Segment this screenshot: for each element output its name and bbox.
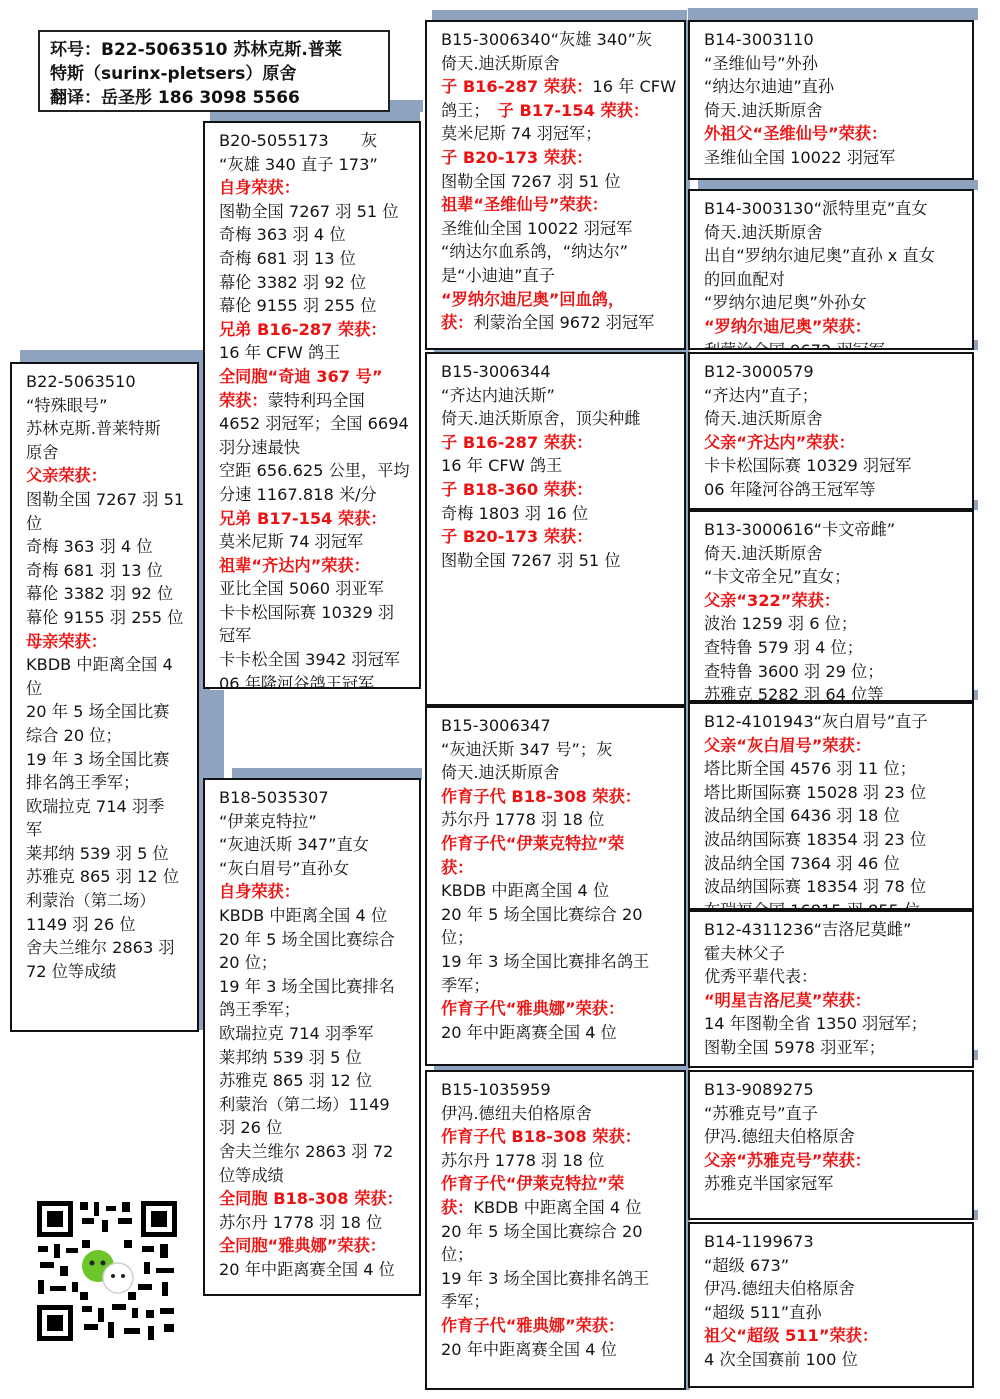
record-text: 莫米尼斯 74 羽冠军 — [219, 532, 363, 551]
pedigree-line: 鸽王季军； — [219, 998, 409, 1022]
pedigree-line: 倚天.迪沃斯原舍 — [441, 52, 674, 76]
pedigree-line: 分速 1167.818 米/分 — [219, 483, 409, 507]
pedigree-line: “特殊眼号” — [26, 394, 187, 418]
record-text: 伊冯.德纽夫伯格原舍 — [704, 1127, 855, 1146]
record-text: 舍夫兰维尔 2863 羽 — [26, 938, 175, 957]
record-text: “特殊眼号” — [26, 396, 108, 415]
pedigree-line: B14-3003130“派特里克”直女 — [704, 197, 962, 221]
pedigree-line: 14 年图勒全省 1350 羽冠军； — [704, 1012, 962, 1036]
pedigree-line: 位； — [441, 1243, 674, 1267]
record-text: 苏尔丹 1778 羽 18 位 — [219, 1213, 382, 1232]
pedigree-line: 鸽王； 子 B17-154 荣获： — [441, 99, 674, 123]
record-text: 波品纳国际赛 18354 羽 78 位 — [704, 877, 926, 896]
pedigree-line: B12-4101943“灰白眉号”直子 — [704, 710, 962, 734]
pedigree-line: 位等成绩 — [219, 1164, 409, 1188]
record-text: 原舍 — [26, 443, 58, 462]
pedigree-line: 空距 656.625 公里，平均 — [219, 459, 409, 483]
record-text: 圣维仙全国 10022 羽冠军 — [704, 148, 895, 167]
record-text: 波品纳全国 7364 羽 46 位 — [704, 854, 900, 873]
record-text: 奇梅 363 羽 4 位 — [219, 225, 346, 244]
pedigree-box-subject: B22-5063510“特殊眼号”苏林克斯.普莱特斯原舍父亲荣获：图勒全国 72… — [10, 362, 199, 1032]
award-heading: 外祖父“圣维仙号”荣获： — [704, 124, 887, 143]
record-text: 16 年 CFW 鸽王 — [219, 343, 340, 362]
record-text: 倚天.迪沃斯原舍 — [704, 409, 822, 428]
record-text: 倚天.迪沃斯原舍 — [704, 223, 822, 242]
pedigree-line: 父亲“灰白眉号”荣获： — [704, 734, 962, 758]
pedigree-line: 利蒙治（第二场） — [26, 889, 187, 913]
pedigree-box-ggs-4: B13-9089275“苏雅克号”直子伊冯.德纽夫伯格原舍父亲“苏雅克号”荣获：… — [688, 1070, 974, 1220]
record-text: B12-4311236“吉洛尼莫雌” — [704, 920, 911, 939]
pedigree-line: 荣获：蒙特利玛全国 — [219, 389, 409, 413]
pedigree-line: 苏林克斯.普莱特斯 — [26, 417, 187, 441]
pedigree-line: 获：利蒙治全国 9672 羽冠军 — [441, 311, 674, 335]
pedigree-line: “超级 511”直孙 — [704, 1301, 962, 1325]
record-text: 羽分速最快 — [219, 438, 300, 457]
pedigree-line: 获：KBDB 中距离全国 4 位 — [441, 1196, 674, 1220]
pedigree-line: 亚比全国 5060 羽亚军 — [219, 577, 409, 601]
record-text: 20 年中距离赛全国 4 位 — [441, 1340, 617, 1359]
pedigree-line: “齐达内迪沃斯” — [441, 384, 674, 408]
record-text: “伊莱克特拉” — [219, 812, 317, 831]
record-text: 奇梅 681 羽 13 位 — [219, 249, 356, 268]
record-text: 利蒙治（第二场） — [26, 891, 156, 910]
record-text: 是“小迪迪”直子 — [441, 266, 555, 285]
pedigree-line: 20 年中距离赛全国 4 位 — [219, 1258, 409, 1282]
pedigree-line: B15-3006340“灰雄 340”灰 — [441, 28, 674, 52]
pedigree-line: 全同胞 B18-308 荣获： — [219, 1187, 409, 1211]
record-text: 位等成绩 — [219, 1166, 284, 1185]
award-heading: 作育子代“雅典娜”荣获： — [441, 1316, 624, 1335]
record-text: “苏雅克号”直子 — [704, 1104, 818, 1123]
pedigree-line: 子 B20-173 荣获： — [441, 525, 674, 549]
record-text: “纳达尔血系鸽，“纳达尔” — [441, 242, 628, 261]
pedigree-line: 优秀平辈代表： — [704, 965, 962, 989]
pedigree-line: 羽分速最快 — [219, 436, 409, 460]
record-text: 奇梅 1803 羽 16 位 — [441, 504, 588, 523]
record-text: B12-3000579 — [704, 362, 814, 381]
record-text: B20-5055173 灰 — [219, 131, 377, 150]
record-text: 14 年图勒全省 1350 羽冠军； — [704, 1014, 927, 1033]
pedigree-line: “灰迪沃斯 347”直女 — [219, 833, 409, 857]
pedigree-line: 倚天.迪沃斯原舍 — [704, 221, 962, 245]
pedigree-line: 奇梅 363 羽 4 位 — [26, 535, 187, 559]
record-text: “超级 511”直孙 — [704, 1303, 822, 1322]
pedigree-line: 幕伦 9155 羽 255 位 — [219, 294, 409, 318]
record-text: 倚天.迪沃斯原舍 — [441, 54, 559, 73]
pedigree-line: 20 位； — [219, 951, 409, 975]
record-text: 亚比全国 5060 羽亚军 — [219, 579, 384, 598]
pedigree-line: B15-3006347 — [441, 714, 674, 738]
record-text: 查特鲁 3600 羽 29 位； — [704, 662, 884, 681]
pedigree-line: 季军； — [441, 974, 674, 998]
record-text: 卡卡松国际赛 10329 羽 — [219, 603, 394, 622]
award-heading: 子 B18-360 荣获： — [441, 480, 592, 499]
record-text: 图勒全国 7267 羽 51 — [26, 490, 184, 509]
pedigree-line: 圣维仙全国 10022 羽冠军 — [704, 146, 962, 170]
record-text: 06 年隆河谷鸽王冠军 — [219, 674, 374, 689]
record-text: B13-9089275 — [704, 1080, 814, 1099]
translator-line: 翻译：岳圣彤 186 3098 5566 — [50, 86, 378, 110]
record-text: 苏尔丹 1778 羽 18 位 — [441, 1151, 604, 1170]
pedigree-box-ggd-1: B14-3003130“派特里克”直女倚天.迪沃斯原舍出自“罗纳尔迪尼奥”直孙 … — [688, 189, 974, 350]
pedigree-line: 20 年 5 场全国比赛综合 20 — [441, 1220, 674, 1244]
pedigree-line: 苏雅克 5282 羽 64 位等 — [704, 683, 962, 702]
pedigree-line: 羽 26 位 — [219, 1116, 409, 1140]
record-text: “罗纳尔迪尼奥”外孙女 — [704, 293, 866, 312]
record-text: 图勒全国 7267 羽 51 位 — [219, 202, 399, 221]
pedigree-line: 原舍 — [26, 441, 187, 465]
pedigree-line: 祖辈“圣维仙号”荣获： — [441, 193, 674, 217]
award-heading: 作育子代 B18-308 荣获： — [441, 1127, 641, 1146]
pedigree-line: 苏雅克半国家冠军 — [704, 1172, 962, 1196]
award-heading: 全同胞“雅典娜”荣获： — [219, 1236, 386, 1255]
record-text: B14-1199673 — [704, 1232, 814, 1251]
pedigree-line: 图勒全国 7267 羽 51 位 — [441, 170, 674, 194]
pedigree-line: 20 年 5 场全国比赛综合 — [219, 928, 409, 952]
record-text: 20 位； — [219, 953, 277, 972]
pedigree-line: 子 B20-173 荣获： — [441, 146, 674, 170]
record-text: 蒙特利玛全国 — [268, 391, 365, 410]
pedigree-line: 波品纳全国 7364 羽 46 位 — [704, 852, 962, 876]
pedigree-line: “罗纳尔迪尼奥”荣获： — [704, 315, 962, 339]
pedigree-line: 全同胞“奇迪 367 号” — [219, 365, 409, 389]
pedigree-line: 查特鲁 3600 羽 29 位； — [704, 660, 962, 684]
award-heading: 祖辈“圣维仙号”荣获： — [441, 195, 608, 214]
pedigree-line: 圣维仙全国 10022 羽冠军 — [441, 217, 674, 241]
pedigree-line: B20-5055173 灰 — [219, 129, 409, 153]
record-text: 利蒙治全国 9672 羽冠军 — [704, 341, 885, 350]
record-text: 苏雅克 5282 羽 64 位等 — [704, 685, 884, 702]
pedigree-line: 子 B18-360 荣获： — [441, 478, 674, 502]
award-heading: 母亲荣获： — [26, 632, 107, 651]
wechat-qr-code-icon — [32, 1196, 182, 1346]
shadow-bar — [688, 8, 978, 20]
pedigree-line: 综合 20 位； — [26, 724, 187, 748]
pedigree-line: 20 年中距离赛全国 4 位 — [441, 1021, 674, 1045]
record-text: 空距 656.625 公里，平均 — [219, 461, 410, 480]
pedigree-line: 莱邦纳 539 羽 5 位 — [26, 842, 187, 866]
pedigree-box-ggd-2: B13-3000616“卡文帝雌”倚天.迪沃斯原舍“卡文帝全兄”直女；父亲“32… — [688, 510, 974, 702]
pedigree-line: KBDB 中距离全国 4 — [26, 653, 187, 677]
pedigree-line: 苏雅克 865 羽 12 位 — [26, 865, 187, 889]
pedigree-box-sire: B20-5055173 灰“灰雄 340 直子 173”自身荣获：图勒全国 72… — [203, 121, 421, 689]
record-text: 72 位等成绩 — [26, 962, 117, 981]
record-text: B15-1035959 — [441, 1080, 551, 1099]
pedigree-line: 查特鲁 579 羽 4 位； — [704, 636, 962, 660]
breeder-line: 特斯（surinx-pletsers）原舍 — [50, 62, 378, 86]
pedigree-line: B14-3003110 — [704, 28, 962, 52]
pedigree-box-ggs-1: B14-3003110“圣维仙号”外孙“纳达尔迪迪”直孙倚天.迪沃斯原舍外祖父“… — [688, 20, 974, 180]
pedigree-line: 莱邦纳 539 羽 5 位 — [219, 1046, 409, 1070]
award-heading: 父亲“灰白眉号”荣获： — [704, 736, 871, 755]
pedigree-line: 19 年 3 场全国比赛排名 — [219, 975, 409, 999]
pedigree-line: 奇梅 363 羽 4 位 — [219, 223, 409, 247]
record-text: 分速 1167.818 米/分 — [219, 485, 377, 504]
pedigree-line: 06 年隆河谷鸽王冠军等 — [704, 478, 962, 502]
pedigree-line: 作育子代“雅典娜”荣获： — [441, 1314, 674, 1338]
award-heading: 全同胞“奇迪 367 号” — [219, 367, 382, 386]
pedigree-line: 霍夫林父子 — [704, 942, 962, 966]
record-text: B15-3006347 — [441, 716, 551, 735]
record-text: “纳达尔迪迪”直孙 — [704, 77, 834, 96]
record-text: 欧瑞拉克 714 羽季 — [26, 797, 164, 816]
pedigree-box-ggd-4: B14-1199673“超级 673”伊冯.德纽夫伯格原舍“超级 511”直孙祖… — [688, 1222, 974, 1388]
pedigree-line: 兄弟 B16-287 荣获： — [219, 318, 409, 342]
pedigree-line: 自身荣获： — [219, 880, 409, 904]
record-text: 卡卡松全国 3942 羽冠军 — [219, 650, 400, 669]
award-heading: 获： — [441, 858, 473, 877]
pedigree-line: 4652 羽冠军；全国 6694 — [219, 412, 409, 436]
award-heading: 子 B16-287 荣获： — [441, 77, 592, 96]
record-text: 冠军 — [219, 626, 251, 645]
pedigree-line: “圣维仙号”外孙 — [704, 52, 962, 76]
award-heading: 作育子代 B18-308 荣获： — [441, 787, 641, 806]
pedigree-line: 卡卡松国际赛 10329 羽冠军 — [704, 454, 962, 478]
record-text: B13-3000616“卡文帝雌” — [704, 520, 895, 539]
record-text: 20 年 5 场全国比赛综合 20 — [441, 1222, 643, 1241]
pedigree-line: 图勒全国 7267 羽 51 位 — [441, 549, 674, 573]
record-text: 伊冯.德纽夫伯格原舍 — [704, 1279, 855, 1298]
record-text: 图勒全国 5978 羽亚军； — [704, 1038, 885, 1057]
pedigree-box-grandsire-maternal: B15-3006347“灰迪沃斯 347 号”；灰倚天.迪沃斯原舍作育子代 B1… — [425, 706, 686, 1066]
record-text: 位； — [441, 1245, 473, 1264]
record-text: 1149 羽 26 位 — [26, 915, 136, 934]
pedigree-line: 利蒙治全国 9672 羽冠军 — [704, 339, 962, 350]
pedigree-line: “纳达尔迪迪”直孙 — [704, 75, 962, 99]
record-text: 20 年中距离赛全国 4 位 — [441, 1023, 617, 1042]
record-text: 苏林克斯.普莱特斯 — [26, 419, 161, 438]
pedigree-line: 自身荣获： — [219, 176, 409, 200]
pedigree-line: 作育子代“伊莱克特拉”荣 — [441, 832, 674, 856]
pedigree-box-ggs-2: B12-3000579“齐达内”直子；倚天.迪沃斯原舍父亲“齐达内”荣获：卡卡松… — [688, 352, 974, 510]
pedigree-line: B18-5035307 — [219, 786, 409, 810]
record-text: 鸽王季军； — [219, 1000, 300, 1019]
record-text: 倚天.迪沃斯原舍 — [441, 763, 559, 782]
record-text: 利蒙治全国 9672 羽冠军 — [473, 313, 654, 332]
pedigree-line: 19 年 3 场全国比赛排名鸽王 — [441, 1267, 674, 1291]
pedigree-line: “明星吉洛尼莫”荣获： — [704, 989, 962, 1013]
pedigree-line: 兄弟 B17-154 荣获： — [219, 507, 409, 531]
pedigree-box-grandsire-paternal: B15-3006340“灰雄 340”灰倚天.迪沃斯原舍子 B16-287 荣获… — [425, 20, 686, 350]
pedigree-line: 倚天.迪沃斯原舍 — [441, 761, 674, 785]
pedigree-line: 伊冯.德纽夫伯格原舍 — [704, 1125, 962, 1149]
record-text: 欧瑞拉克 714 羽季军 — [219, 1024, 374, 1043]
record-text: 季军； — [441, 1292, 490, 1311]
record-text: 综合 20 位； — [26, 726, 122, 745]
pedigree-box-granddam-paternal: B15-3006344“齐达内迪沃斯”倚天.迪沃斯原舍，顶尖种雌子 B16-28… — [425, 352, 686, 706]
award-heading: 兄弟 B16-287 荣获： — [219, 320, 387, 339]
pedigree-box-dam: B18-5035307“伊莱克特拉”“灰迪沃斯 347”直女“灰白眉号”直孙女自… — [203, 778, 421, 1296]
award-heading: “罗纳尔迪尼奥”荣获： — [704, 317, 871, 336]
record-text: 季军； — [441, 976, 490, 995]
record-text: 4 次全国赛前 100 位 — [704, 1350, 858, 1369]
award-heading: 全同胞 B18-308 荣获： — [219, 1189, 403, 1208]
pedigree-line: 莫米尼斯 74 羽冠军 — [219, 530, 409, 554]
pedigree-line: 幕伦 9155 羽 255 位 — [26, 606, 187, 630]
pedigree-line: 幕伦 3382 羽 92 位 — [219, 271, 409, 295]
record-text: 莱邦纳 539 羽 5 位 — [26, 844, 169, 863]
record-text: 塔比斯全国 4576 羽 11 位； — [704, 759, 916, 778]
pedigree-line: 16 年 CFW 鸽王 — [219, 341, 409, 365]
pedigree-line: 06 年隆河谷鸽王冠军 — [219, 672, 409, 689]
pedigree-line: 舍夫兰维尔 2863 羽 — [26, 936, 187, 960]
pedigree-line: 幕伦 3382 羽 92 位 — [26, 582, 187, 606]
award-heading: “罗纳尔迪尼奥”回血鸽， — [441, 290, 624, 309]
pedigree-box-granddam-maternal: B15-1035959伊冯.德纽夫伯格原舍作育子代 B18-308 荣获：苏尔丹… — [425, 1070, 686, 1390]
pedigree-line: 的回血配对 — [704, 268, 962, 292]
pedigree-line: 出自“罗纳尔迪尼奥”直孙 x 直女 — [704, 244, 962, 268]
ring-number-line: 环号：B22-5063510 苏林克斯.普莱 — [50, 38, 378, 62]
record-text: 奇梅 681 羽 13 位 — [26, 561, 163, 580]
record-text: B15-3006344 — [441, 362, 551, 381]
record-text: 幕伦 3382 羽 92 位 — [219, 273, 366, 292]
record-text: 位 — [26, 679, 42, 698]
pedigree-line: 奇梅 1803 羽 16 位 — [441, 502, 674, 526]
record-text: 布瑞福全国 16815 羽 855 位 — [704, 901, 920, 910]
award-heading: 父亲荣获： — [26, 466, 107, 485]
pedigree-line: 作育子代“雅典娜”荣获： — [441, 997, 674, 1021]
record-text: “超级 673” — [704, 1256, 789, 1275]
pedigree-line: KBDB 中距离全国 4 位 — [441, 879, 674, 903]
award-heading: 子 B20-173 荣获： — [441, 527, 592, 546]
record-text: 排名鸽王季军； — [26, 773, 139, 792]
pedigree-line: 倚天.迪沃斯原舍 — [704, 542, 962, 566]
pedigree-line: 图勒全国 5978 羽亚军； — [704, 1036, 962, 1060]
record-text: 苏雅克半国家冠军 — [704, 1174, 834, 1193]
record-text: 幕伦 9155 羽 255 位 — [26, 608, 183, 627]
pedigree-line: 16 年 CFW 鸽王 — [441, 454, 674, 478]
pedigree-line: B12-3000579 — [704, 360, 962, 384]
pedigree-line: B15-3006344 — [441, 360, 674, 384]
pedigree-line: 19 年 3 场全国比赛排名鸽王 — [441, 950, 674, 974]
record-text: 幕伦 9155 羽 255 位 — [219, 296, 376, 315]
pedigree-line: 父亲荣获： — [26, 464, 187, 488]
header-info-box: 环号：B22-5063510 苏林克斯.普莱 特斯（surinx-pletser… — [38, 30, 390, 112]
pedigree-line: 倚天.迪沃斯原舍，顶尖种雌 — [441, 407, 674, 431]
record-text: B22-5063510 — [26, 372, 136, 391]
pedigree-line: 布瑞福全国 16815 羽 855 位 — [704, 899, 962, 910]
record-text: 苏雅克 865 羽 12 位 — [26, 867, 179, 886]
pedigree-line: 父亲“322”荣获： — [704, 589, 962, 613]
pedigree-line: “罗纳尔迪尼奥”回血鸽， — [441, 288, 674, 312]
record-text: 位 — [26, 514, 42, 533]
pedigree-line: 排名鸽王季军； — [26, 771, 187, 795]
record-text: “灰雄 340 直子 173” — [219, 155, 378, 174]
award-heading: 子 B17-154 荣获： — [498, 101, 649, 120]
record-text: “灰迪沃斯 347”直女 — [219, 835, 369, 854]
pedigree-line: 苏雅克 865 羽 12 位 — [219, 1069, 409, 1093]
pedigree-line: 作育子代 B18-308 荣获： — [441, 1125, 674, 1149]
pedigree-line: 欧瑞拉克 714 羽季军 — [219, 1022, 409, 1046]
record-text: 苏雅克 865 羽 12 位 — [219, 1071, 372, 1090]
pedigree-line: B14-1199673 — [704, 1230, 962, 1254]
record-text: 波品纳全国 6436 羽 18 位 — [704, 806, 900, 825]
pedigree-line: 19 年 3 场全国比赛 — [26, 748, 187, 772]
pedigree-line: 塔比斯全国 4576 羽 11 位； — [704, 757, 962, 781]
pedigree-box-ggd-3: B12-4311236“吉洛尼莫雌”霍夫林父子优秀平辈代表：“明星吉洛尼莫”荣获… — [688, 910, 974, 1068]
pedigree-line: “灰雄 340 直子 173” — [219, 153, 409, 177]
record-text: B14-3003110 — [704, 30, 814, 49]
pedigree-line: 父亲“苏雅克号”荣获： — [704, 1149, 962, 1173]
pedigree-line: 卡卡松全国 3942 羽冠军 — [219, 648, 409, 672]
pedigree-line: B13-3000616“卡文帝雌” — [704, 518, 962, 542]
record-text: KBDB 中距离全国 4 — [26, 655, 173, 674]
record-text: 优秀平辈代表： — [704, 967, 817, 986]
record-text: 19 年 3 场全国比赛 — [26, 750, 169, 769]
record-text: 出自“罗纳尔迪尼奥”直孙 x 直女 — [704, 246, 935, 265]
pedigree-line: 波品纳国际赛 18354 羽 78 位 — [704, 875, 962, 899]
record-text: 16 年 CFW — [592, 77, 676, 96]
pedigree-line: 祖辈“齐达内”荣获： — [219, 554, 409, 578]
record-text: 19 年 3 场全国比赛排名鸽王 — [441, 952, 649, 971]
record-text: 军 — [26, 820, 42, 839]
pedigree-line: 倚天.迪沃斯原舍 — [704, 99, 962, 123]
pedigree-line: “纳达尔血系鸽，“纳达尔” — [441, 240, 674, 264]
pedigree-line: 冠军 — [219, 624, 409, 648]
pedigree-line: B13-9089275 — [704, 1078, 962, 1102]
record-text: 霍夫林父子 — [704, 944, 785, 963]
pedigree-line: 作育子代“伊莱克特拉”荣 — [441, 1172, 674, 1196]
pedigree-line: 全同胞“雅典娜”荣获： — [219, 1234, 409, 1258]
pedigree-line: 外祖父“圣维仙号”荣获： — [704, 122, 962, 146]
award-heading: “明星吉洛尼莫”荣获： — [704, 991, 871, 1010]
pedigree-line: 波品纳全国 6436 羽 18 位 — [704, 804, 962, 828]
award-heading: 子 B20-173 荣获： — [441, 148, 592, 167]
award-heading: 父亲“齐达内”荣获： — [704, 433, 855, 452]
pedigree-box-ggs-3: B12-4101943“灰白眉号”直子父亲“灰白眉号”荣获：塔比斯全国 4576… — [688, 702, 974, 910]
pedigree-line: “苏雅克号”直子 — [704, 1102, 962, 1126]
record-text: 位； — [441, 928, 473, 947]
pedigree-line: 苏尔丹 1778 羽 18 位 — [441, 808, 674, 832]
record-text: 莫米尼斯 74 羽冠军； — [441, 124, 601, 143]
pedigree-line: 子 B16-287 荣获：16 年 CFW — [441, 75, 674, 99]
award-heading: 祖辈“齐达内”荣获： — [219, 556, 370, 575]
pedigree-line: 奇梅 681 羽 13 位 — [219, 247, 409, 271]
pedigree-line: B15-1035959 — [441, 1078, 674, 1102]
pedigree-line: 72 位等成绩 — [26, 960, 187, 984]
award-heading: 父亲“322”荣获： — [704, 591, 840, 610]
pedigree-line: “罗纳尔迪尼奥”外孙女 — [704, 291, 962, 315]
record-text: 20 年中距离赛全国 4 位 — [219, 1260, 395, 1279]
record-text: 奇梅 363 羽 4 位 — [26, 537, 153, 556]
record-text: “圣维仙号”外孙 — [704, 54, 818, 73]
record-text: 19 年 3 场全国比赛排名 — [219, 977, 395, 996]
record-text: 19 年 3 场全国比赛排名鸽王 — [441, 1269, 649, 1288]
pedigree-line: 子 B16-287 荣获： — [441, 431, 674, 455]
pedigree-line: 位； — [441, 926, 674, 950]
record-text: 的回血配对 — [704, 270, 785, 289]
record-text: 4652 羽冠军；全国 6694 — [219, 414, 409, 433]
pedigree-line: “灰白眉号”直孙女 — [219, 857, 409, 881]
record-text: 20 年 5 场全国比赛综合 — [219, 930, 395, 949]
award-heading: 作育子代“伊莱克特拉”荣 — [441, 834, 624, 853]
pedigree-line: 莫米尼斯 74 羽冠军； — [441, 122, 674, 146]
record-text: B18-5035307 — [219, 788, 329, 807]
pedigree-line: 塔比斯国际赛 15028 羽 23 位 — [704, 781, 962, 805]
pedigree-line: “齐达内”直子； — [704, 384, 962, 408]
award-heading: 获： — [441, 1198, 473, 1217]
pedigree-line: KBDB 中距离全国 4 位 — [219, 904, 409, 928]
record-text: 图勒全国 7267 羽 51 位 — [441, 172, 621, 191]
award-heading: 作育子代“伊莱克特拉”荣 — [441, 1174, 624, 1193]
pedigree-line: 波治 1259 羽 6 位； — [704, 612, 962, 636]
record-text: 莱邦纳 539 羽 5 位 — [219, 1048, 362, 1067]
pedigree-line: 位 — [26, 677, 187, 701]
record-text: KBDB 中距离全国 4 位 — [441, 881, 609, 900]
award-heading: 兄弟 B17-154 荣获： — [219, 509, 387, 528]
pedigree-line: 获： — [441, 856, 674, 880]
pedigree-line: 军 — [26, 818, 187, 842]
